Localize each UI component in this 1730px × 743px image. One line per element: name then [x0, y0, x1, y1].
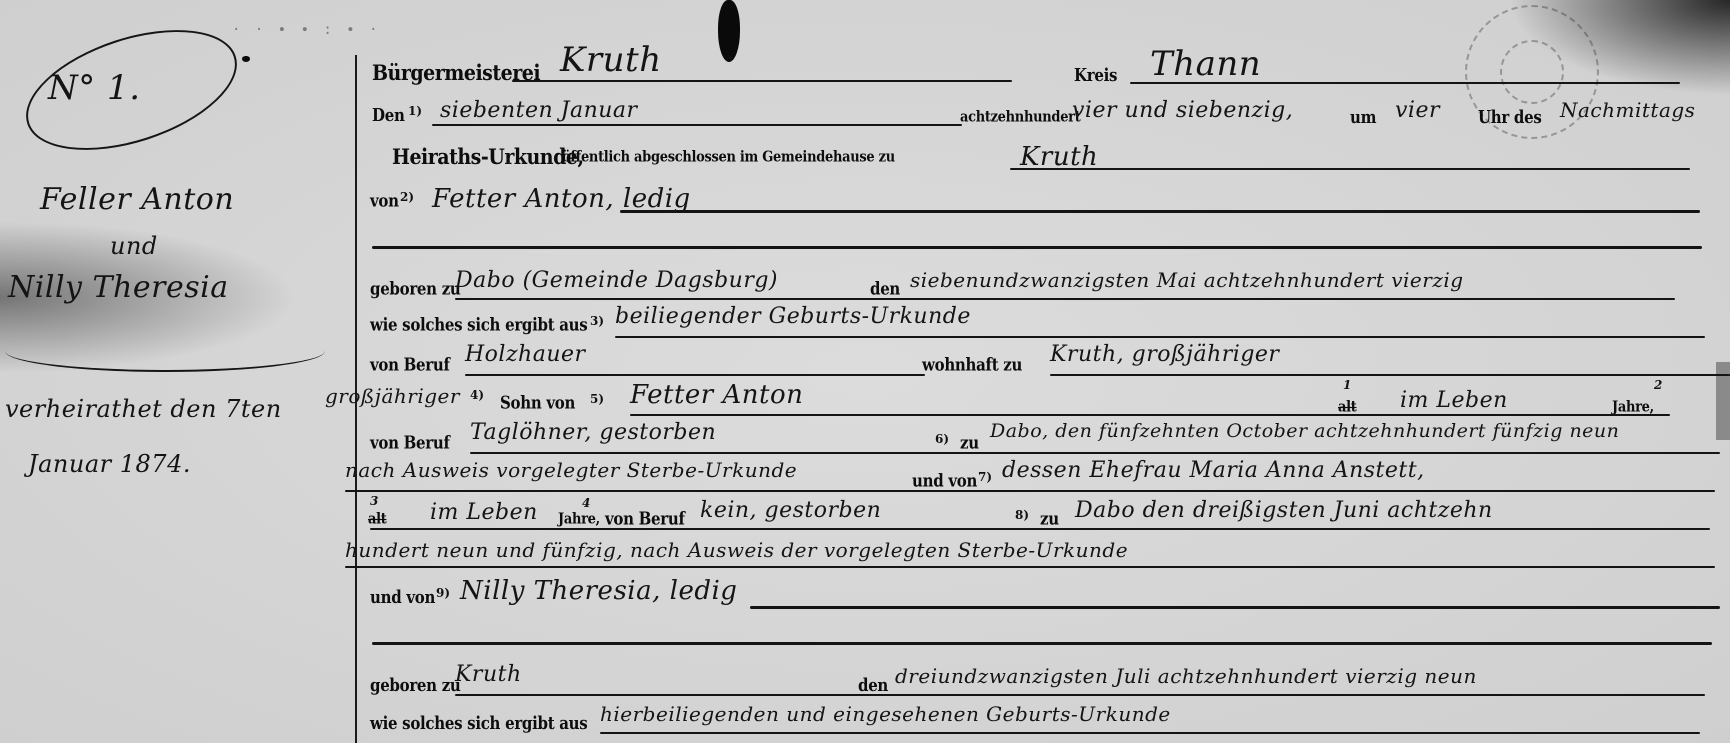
mother-beruf-rule	[370, 528, 1710, 530]
father-age-note-1: 1	[1343, 378, 1351, 392]
father-name-rule	[630, 414, 1670, 416]
scanned-document-page: · · ∙ ∙ : ∙ · N° 1. Feller Anton und Nil…	[0, 0, 1730, 743]
footnote-9: 9)	[436, 586, 450, 600]
bride-born-label: geboren zu	[370, 675, 461, 696]
ink-dot	[242, 56, 250, 62]
mother-name-rule	[345, 490, 1715, 492]
year-prefix-label: achtzehnhundert	[960, 109, 1080, 126]
footnote-2: 2)	[400, 190, 414, 204]
buergermeisterei-rule	[512, 80, 1012, 82]
mother-age-value: im Leben	[430, 500, 538, 525]
mother-zu-label: zu	[1040, 509, 1059, 530]
bride-proof-value: hierbeiliegenden und eingesehenen Geburt…	[600, 702, 1171, 726]
record-text-label: öffentlich abgeschlossen im Gemeindehaus…	[562, 149, 895, 166]
father-zu-label: zu	[960, 433, 979, 454]
footnote-7: 7)	[978, 470, 992, 484]
bride-name-value: Nilly Theresia, ledig	[460, 576, 737, 606]
ink-blot	[718, 0, 740, 62]
mother-death-value-2: hundert neun und fünfzig, nach Ausweis d…	[345, 538, 1128, 562]
groom-sohn-label: Sohn von	[500, 393, 575, 414]
mother-und-von-label: und von	[912, 471, 977, 492]
buergermeisterei-value: Kruth	[560, 40, 662, 80]
groom-beruf-rule	[465, 374, 925, 376]
father-age-value: im Leben	[1400, 388, 1508, 413]
mother-name-value: dessen Ehefrau Maria Anna Anstett,	[1002, 458, 1425, 483]
bride-born-date-value: dreiundzwanzigsten Juli achtzehnhundert …	[895, 664, 1477, 688]
groom-born-place-value: Dabo (Gemeinde Dagsburg)	[455, 268, 778, 293]
mother-jahre-label: Jahre,	[558, 511, 600, 528]
record-title-label: Heiraths-Urkunde,	[392, 144, 584, 169]
bride-born-rule	[455, 694, 1705, 696]
mother-death-value: Dabo den dreißigsten Juni achtzehn	[1075, 498, 1493, 523]
father-beruf-value: Taglöhner, gestorben	[470, 420, 716, 445]
groom-name-rule	[620, 210, 1700, 213]
groom-extra-rule	[372, 246, 1702, 249]
footnote-3: 3)	[590, 314, 604, 328]
mother-beruf-label: von Beruf	[605, 509, 685, 530]
groom-proof-value: beiliegender Geburts-Urkunde	[615, 304, 971, 329]
mother-death-rule	[345, 566, 1715, 568]
groom-born-rule	[455, 298, 1675, 300]
father-beruf-label: von Beruf	[370, 433, 450, 454]
groom-born-date-value: siebenundzwanzigsten Mai achtzehnhundert…	[910, 268, 1464, 292]
mother-age-struck: alt	[368, 511, 386, 528]
den-label: Den	[372, 105, 405, 126]
footnote-5: 5)	[590, 392, 604, 406]
bride-proof-rule	[600, 732, 1700, 734]
day-month-value: siebenten Januar	[440, 98, 638, 123]
margin-bride-name: Nilly Theresia	[8, 270, 229, 305]
margin-flourish	[5, 330, 325, 372]
bride-born-den-label: den	[858, 675, 888, 696]
year-value: vier und siebenzig,	[1072, 98, 1293, 123]
uhr-label: Uhr des	[1478, 107, 1542, 128]
father-death-value: Dabo, den fünfzehnten October achtzehnhu…	[990, 420, 1619, 442]
father-name-value: Fetter Anton	[630, 380, 803, 410]
footnote-8: 8)	[1015, 508, 1029, 522]
bride-born-place-value: Kruth	[455, 662, 522, 687]
groom-proof-label: wie solches sich ergibt aus	[370, 315, 587, 336]
groom-born-label: geboren zu	[370, 279, 461, 300]
father-age-struck: alt	[1338, 399, 1356, 416]
den-rule	[432, 124, 962, 126]
groom-status-value: großjähriger	[325, 384, 460, 408]
kreis-value: Thann	[1150, 44, 1261, 84]
bride-proof-label: wie solches sich ergibt aus	[370, 713, 587, 734]
footnote-6: 6)	[935, 432, 949, 446]
official-stamp-inner	[1500, 40, 1564, 104]
hour-value: vier	[1395, 98, 1440, 123]
groom-beruf-label: von Beruf	[370, 355, 450, 376]
time-of-day-value: Nachmittags	[1560, 98, 1695, 122]
margin-married-line1: verheirathet den 7ten	[5, 395, 282, 423]
record-place-rule	[1010, 168, 1690, 170]
groom-wohnhaft-label: wohnhaft zu	[922, 355, 1022, 376]
margin-groom-name: Feller Anton	[40, 182, 234, 217]
bride-extra-rule	[372, 642, 1712, 645]
kreis-label: Kreis	[1074, 65, 1117, 86]
record-place-value: Kruth	[1020, 142, 1098, 172]
footnote-4: 4)	[470, 388, 484, 402]
margin-connector: und	[110, 232, 158, 260]
father-proof-value: nach Ausweis vorgelegter Sterbe-Urkunde	[345, 458, 797, 482]
um-label: um	[1350, 107, 1376, 128]
groom-wohnhaft-value: Kruth, großjähriger	[1050, 342, 1279, 367]
groom-von-label: von	[370, 191, 399, 212]
entry-number: N° 1.	[48, 68, 141, 108]
groom-proof-rule	[615, 336, 1705, 338]
faint-archive-number: · · ∙ ∙ : ∙ ·	[232, 22, 381, 38]
groom-beruf-value: Holzhauer	[465, 342, 586, 367]
father-age-note-2: 2	[1654, 378, 1662, 392]
bride-und-von-label: und von	[370, 587, 435, 608]
mother-beruf-value: kein, gestorben	[700, 498, 881, 523]
father-jahre-label: Jahre,	[1612, 399, 1654, 416]
father-beruf-rule	[470, 452, 1720, 454]
mother-age-note-3: 3	[370, 494, 378, 508]
groom-born-den-label: den	[870, 279, 900, 300]
footnote-1: 1)	[408, 104, 422, 118]
mother-age-note-4: 4	[582, 496, 590, 510]
groom-wohnhaft-rule	[1050, 374, 1730, 376]
bride-name-rule	[750, 606, 1720, 609]
margin-married-line2: Januar 1874.	[28, 450, 191, 478]
